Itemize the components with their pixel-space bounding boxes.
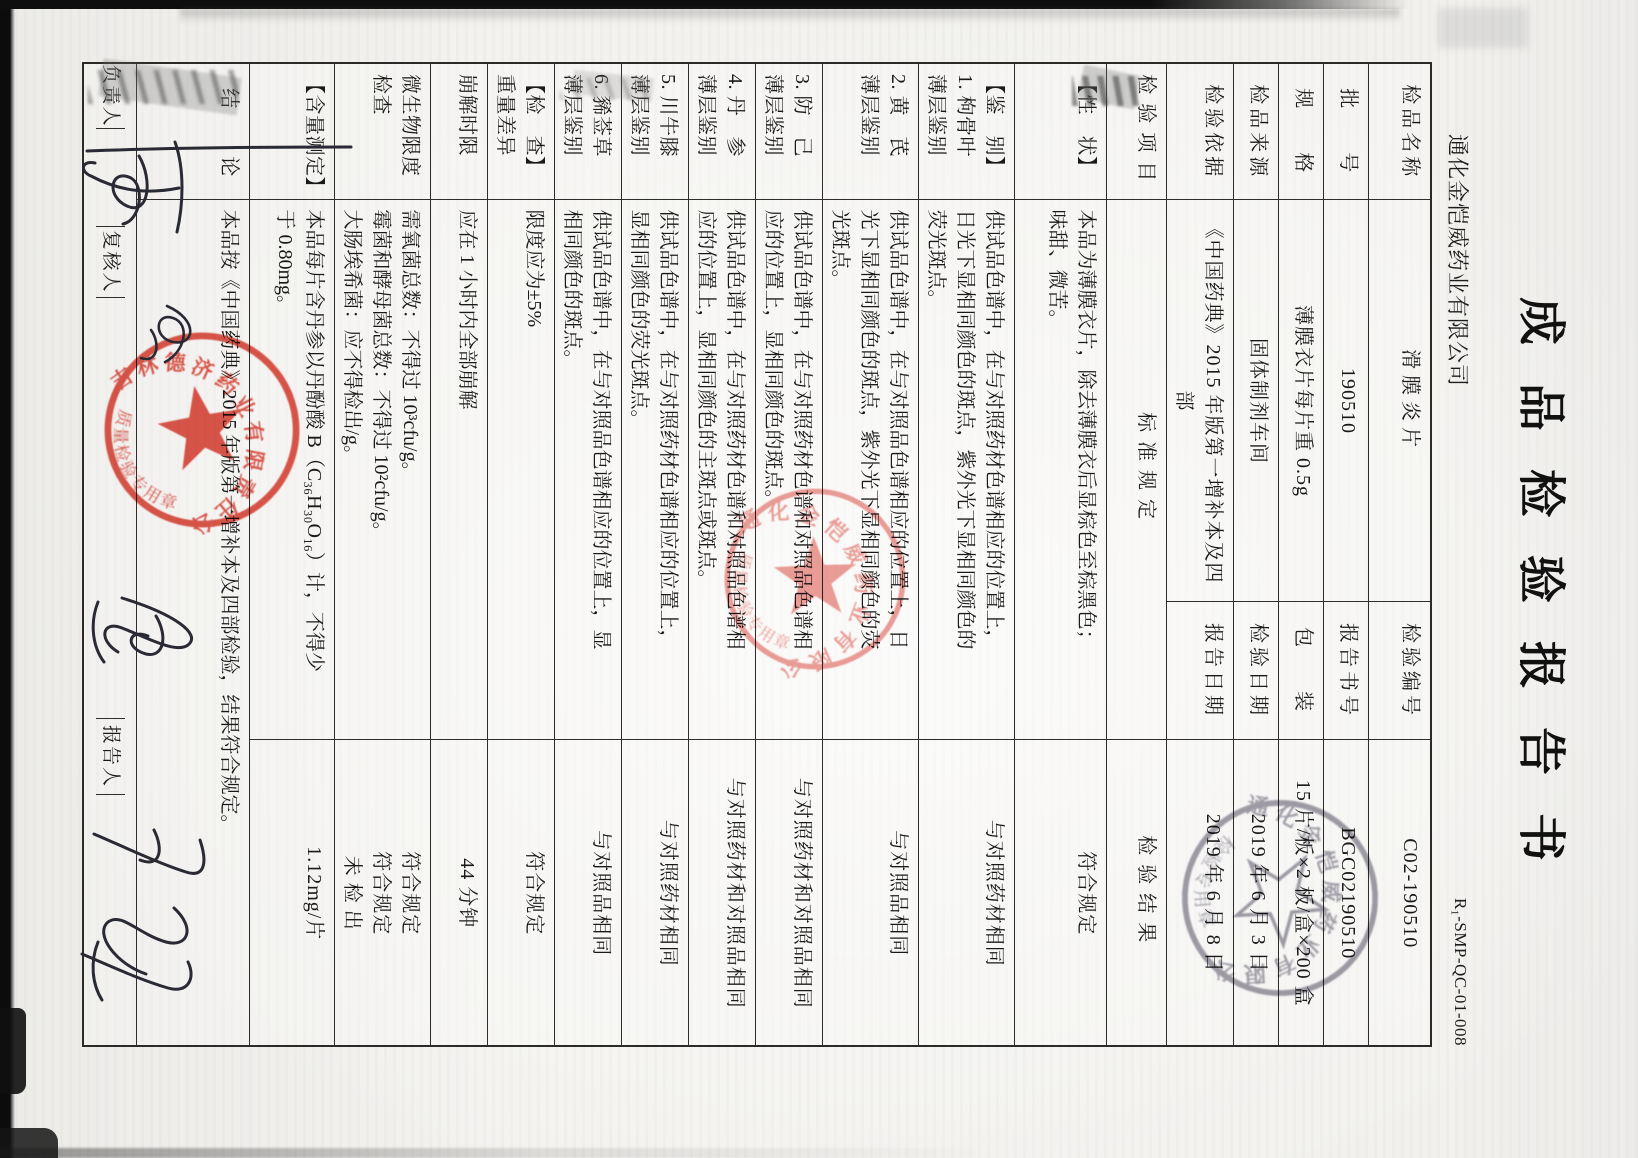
label-reporter: 报告人 [96, 718, 125, 794]
result-cell: 与对照药材相同 [622, 739, 689, 1046]
inspection-table: 检品名称 滑膜炎片 检验编号 C02-190510 批号 190510 报告书号… [82, 62, 1432, 1047]
sample-source: 固体制剂车间 [1234, 199, 1279, 601]
result-cell: 与对照品相同 [823, 739, 919, 1046]
info-label: 检验编号 [1369, 601, 1431, 739]
table-row: 【鉴 别】1. 枸骨叶薄层鉴别 供试品色谱中，在与对照药材色谱相应的位置上，日光… [919, 63, 1015, 1046]
packaging: 15 片/板×2 板/盒×200 盒 [1279, 739, 1324, 1046]
signature-strip: 负责人 复核人 报告人 [83, 63, 137, 1046]
signature-row: 负责人 复核人 报告人 [83, 63, 137, 1046]
standard-cell: 需氧菌总数：不得过 10³cfu/g。霉菌和酵母菌总数：不得过 10²cfu/g… [335, 199, 431, 739]
standard-cell: 供试品色谱中，在与对照品色谱相应的位置上，日光下显相同颜色的斑点，紫外光下显相同… [823, 199, 919, 739]
signature-cell [96, 128, 125, 226]
table-row: 规格 薄膜衣片每片重 0.5g 包装 15 片/板×2 板/盒×200 盒 [1279, 63, 1324, 1046]
item-cell: 微生物限度检查 [335, 63, 431, 199]
standard-cell: 限度应为±5% [488, 199, 555, 739]
inspection-basis: 《中国药典》2015 年版第一增补本及四部 [1167, 199, 1234, 601]
standard-cell: 供试品色谱中，在与对照药材色谱相应的位置上，日光下显相同颜色的斑点，紫外光下显相… [919, 199, 1015, 739]
standard-cell: 供试品色谱中，在与对照药材色谱相应的位置上，显相同颜色的荧光斑点。 [622, 199, 689, 739]
item-cell: 【含量测定】 [250, 63, 335, 199]
report-date: 2019 年 6 月 8 日 [1167, 739, 1234, 1046]
info-label: 检品名称 [1369, 63, 1431, 199]
col-header-standard: 标准规定 [1107, 199, 1167, 739]
item-cell: 3. 防 己薄层鉴别 [756, 63, 823, 199]
table-row: 微生物限度检查 需氧菌总数：不得过 10³cfu/g。霉菌和酵母菌总数：不得过 … [335, 63, 431, 1046]
item-cell: 崩解时限 [431, 63, 488, 199]
result-cell: 符合规定 [1015, 739, 1107, 1046]
standard-cell: 供试品色谱中，在与对照药材色谱和对照品色谱相应的位置上，显相同颜色的主斑点或斑点… [689, 199, 756, 739]
table-row: 【含量测定】 本品每片含丹参以丹酚酸 B（C₃₆H₃₀O₁₆）计，不得少于 0.… [250, 63, 335, 1046]
inspection-date: 2019 年 6 月 3 日 [1234, 739, 1279, 1046]
standard-cell: 本品为薄膜衣片，除去薄膜衣后显棕色至棕黑色；味甜、微苦。 [1015, 199, 1107, 739]
report-no: BGC02190510 [1324, 739, 1369, 1046]
company-name: 通化金恺威药业有限公司 [1443, 134, 1474, 387]
table-row: 6. 豨莶草薄层鉴别 供试品色谱中，在与对照品色谱相应的位置上，显相同颜色的斑点… [555, 63, 622, 1046]
info-label: 规格 [1279, 63, 1324, 199]
table-row: 3. 防 己薄层鉴别 供试品色谱中，在与对照药材色谱和对照品色谱相应的位置上，显… [756, 63, 823, 1046]
col-header-result: 检验结果 [1107, 739, 1167, 1046]
result-cell: 与对照药材相同 [919, 739, 1015, 1046]
specification: 薄膜衣片每片重 0.5g [1279, 199, 1324, 601]
table-row: 4. 丹 参薄层鉴别 供试品色谱中，在与对照药材色谱和对照品色谱相应的位置上，显… [689, 63, 756, 1046]
result-cell: 1.12mg/片 [250, 739, 335, 1046]
table-row: 【性 状】 本品为薄膜衣片，除去薄膜衣后显棕色至棕黑色；味甜、微苦。 符合规定 [1015, 63, 1107, 1046]
table-row: 检品来源 固体制剂车间 检验日期 2019 年 6 月 3 日 [1234, 63, 1279, 1046]
conclusion-row: 结论 本品按《中国药典》2015 年版第一增补本及四部检验，结果符合规定。 [137, 63, 250, 1046]
table-row: 检验依据 《中国药典》2015 年版第一增补本及四部 报告日期 2019 年 6… [1167, 63, 1234, 1046]
table-row: 【检 查】重量差异 限度应为±5% 符合规定 [488, 63, 555, 1046]
conclusion-text: 本品按《中国药典》2015 年版第一增补本及四部检验，结果符合规定。 [137, 199, 250, 1046]
info-label-text: 批号 [1334, 88, 1363, 176]
info-label-text: 包装 [1289, 627, 1318, 715]
signature-cell [96, 297, 125, 718]
item-cell: 【检 查】重量差异 [488, 63, 555, 199]
item-cell: 【鉴 别】1. 枸骨叶薄层鉴别 [919, 63, 1015, 199]
result-cell: 与对照药材和对照品相同 [756, 739, 823, 1046]
info-label: 报告日期 [1167, 601, 1234, 739]
batch-no: 190510 [1324, 199, 1369, 601]
table-row: 检品名称 滑膜炎片 检验编号 C02-190510 [1369, 63, 1431, 1046]
table-row: 2. 黄 芪薄层鉴别 供试品色谱中，在与对照品色谱相应的位置上，日光下显相同颜色… [823, 63, 919, 1046]
table-header-row: 检验项目 标准规定 检验结果 [1107, 63, 1167, 1046]
label-reviewer: 复核人 [96, 226, 125, 297]
info-label-text: 规格 [1289, 88, 1318, 176]
result-cell: 与对照品相同 [555, 739, 622, 1046]
document-sheet: 成品检验报告书 通化金恺威药业有限公司 R₁-SMP-QC-01-008 检品名… [0, 0, 1638, 1158]
standard-cell: 本品每片含丹参以丹酚酸 B（C₃₆H₃₀O₁₆）计，不得少于 0.80mg。 [250, 199, 335, 739]
table-row: 崩解时限 应在 1 小时内全部崩解 44 分钟 [431, 63, 488, 1046]
info-label: 报告书号 [1324, 601, 1369, 739]
info-label: 检品来源 [1234, 63, 1279, 199]
standard-cell: 供试品色谱中，在与对照品色谱相应的位置上，显相同颜色的斑点。 [555, 199, 622, 739]
item-cell: 2. 黄 芪薄层鉴别 [823, 63, 919, 199]
document-code: R₁-SMP-QC-01-008 [1450, 898, 1470, 1046]
header-line: 通化金恺威药业有限公司 R₁-SMP-QC-01-008 [1444, 64, 1474, 1046]
standard-cell: 供试品色谱中，在与对照药材色谱和对照品色谱相应的位置上，显相同颜色的斑点。 [756, 199, 823, 739]
result-cell: 符合规定符合规定未 检 出 [335, 739, 431, 1046]
scanned-report-page: 成品检验报告书 通化金恺威药业有限公司 R₁-SMP-QC-01-008 检品名… [0, 0, 1638, 1158]
info-label: 包装 [1279, 601, 1324, 739]
inspection-no: C02-190510 [1369, 739, 1431, 1046]
result-cell: 44 分钟 [431, 739, 488, 1046]
result-cell: 符合规定 [488, 739, 555, 1046]
item-cell: 4. 丹 参薄层鉴别 [689, 63, 756, 199]
info-label: 检验依据 [1167, 63, 1234, 199]
info-label: 检验日期 [1234, 601, 1279, 739]
signature-cell [96, 794, 125, 1045]
report-title: 成品检验报告书 [1511, 0, 1580, 1158]
sample-name: 滑膜炎片 [1369, 199, 1431, 601]
standard-cell: 应在 1 小时内全部崩解 [431, 199, 488, 739]
table-row: 5. 川牛膝薄层鉴别 供试品色谱中，在与对照药材色谱相应的位置上，显相同颜色的荧… [622, 63, 689, 1046]
result-cell: 与对照药材和对照品相同 [689, 739, 756, 1046]
info-label: 批号 [1324, 63, 1369, 199]
table-row: 批号 190510 报告书号 BGC02190510 [1324, 63, 1369, 1046]
